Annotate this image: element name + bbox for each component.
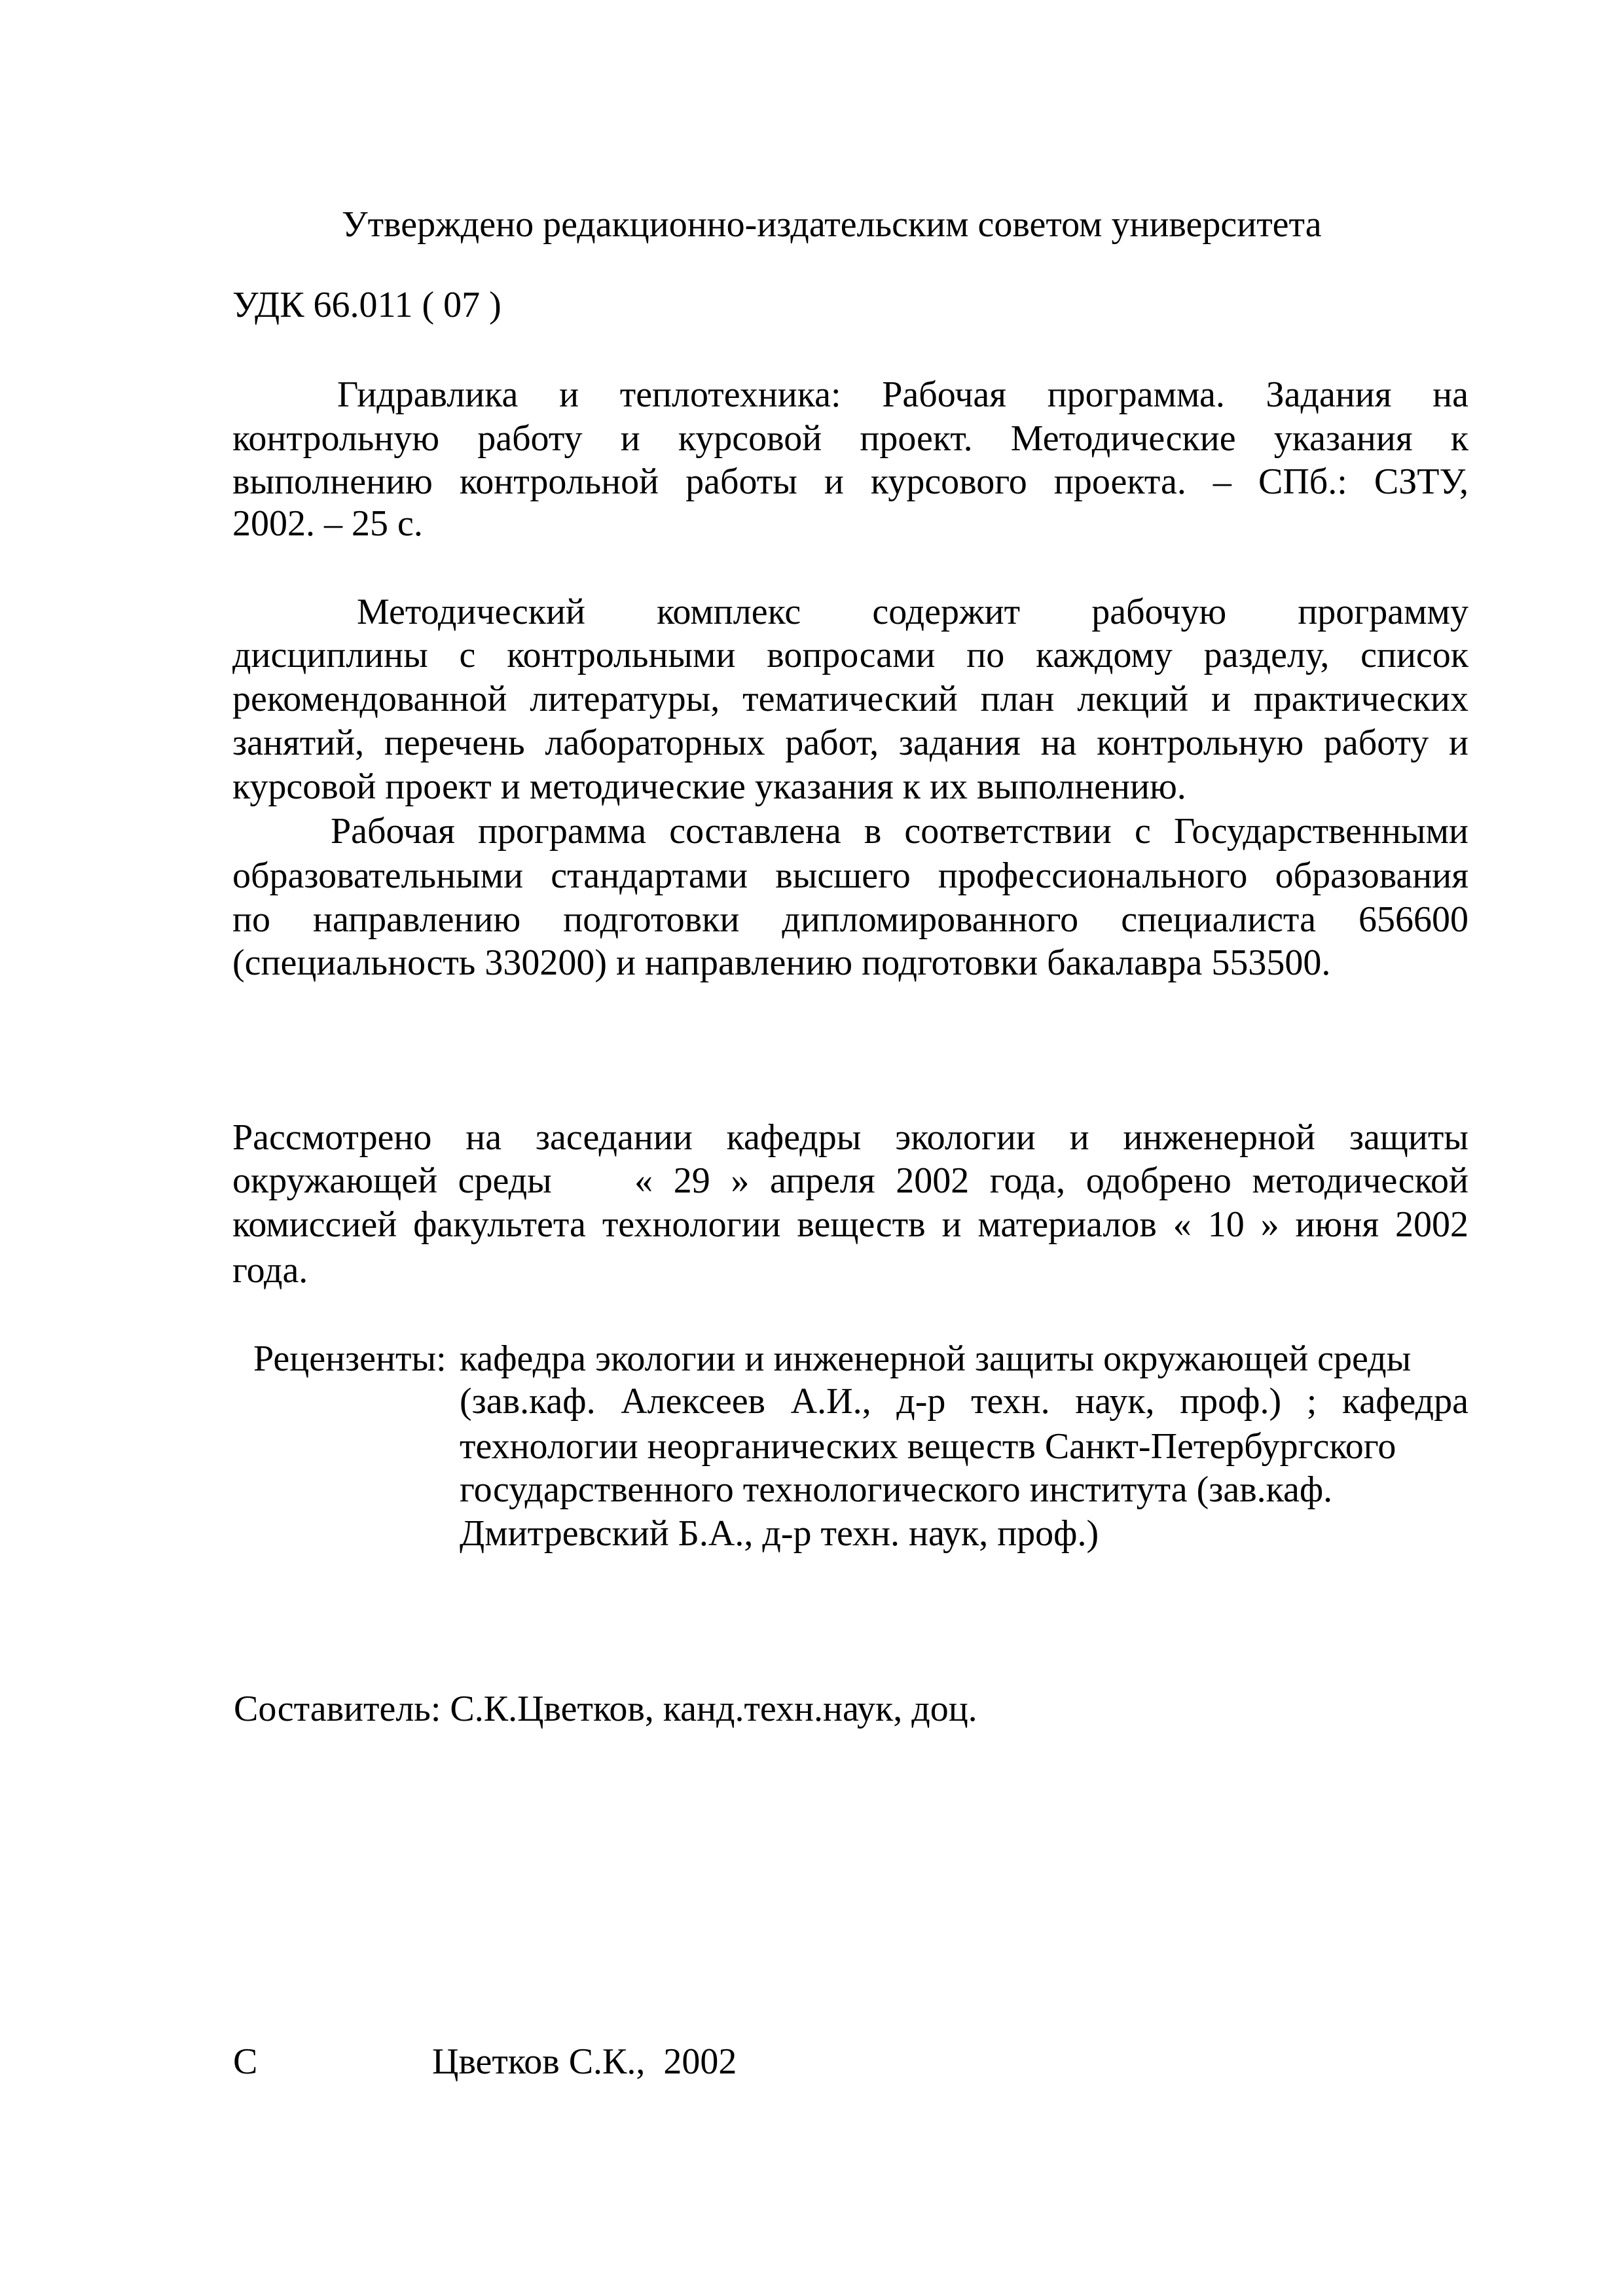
approval-line: Утверждено редакционно-издательским сове… [342, 206, 1322, 243]
abstract-line: Методический комплекс содержит рабочую п… [357, 594, 1468, 630]
compiler-line: Составитель: С.К.Цветков, канд.техн.наук… [234, 1691, 977, 1727]
approval-record-line: года. [232, 1252, 308, 1289]
abstract-line: (специальность 330200) и направлению под… [232, 944, 1330, 981]
abstract-line: дисциплины с контрольными вопросами по к… [232, 637, 1468, 673]
bibliographic-line: выполнению контрольной работы и курсовог… [232, 463, 1468, 500]
reviewers-line: государственного технологического инстит… [460, 1471, 1332, 1508]
abstract-line: рекомендованной литературы, тематический… [232, 681, 1468, 717]
reviewers-line: Дмитревский Б.А., д-р техн. наук, проф.) [460, 1515, 1099, 1552]
abstract-line: занятий, перечень лабораторных работ, за… [232, 725, 1468, 761]
abstract-line: по направлению подготовки дипломированно… [232, 901, 1468, 938]
reviewers-line: кафедра экологии и инженерной защиты окр… [460, 1340, 1411, 1377]
reviewers-line: технологии неорганических веществ Санкт-… [460, 1428, 1396, 1465]
abstract-line: курсовой проект и методические указания … [232, 768, 1186, 805]
approval-record-line: окружающей среды « 29 » апреля 2002 года… [232, 1162, 1468, 1199]
bibliographic-line: Гидравлика и теплотехника: Рабочая прогр… [337, 376, 1468, 413]
reviewers-label: Рецензенты: [253, 1340, 447, 1377]
approval-record-line: Рассмотрено на заседании кафедры экологи… [232, 1119, 1468, 1156]
approval-record-line: комиссией факультета технологии веществ … [232, 1206, 1468, 1243]
copyright-symbol: С [233, 2043, 257, 2080]
document-page: Утверждено редакционно-издательским сове… [0, 0, 1623, 2296]
udk-code: УДК 66.011 ( 07 ) [232, 287, 501, 323]
copyright-holder: Цветков С.К., 2002 [432, 2043, 737, 2080]
abstract-line: образовательными стандартами высшего про… [232, 857, 1468, 894]
bibliographic-line: контрольную работу и курсовой проект. Ме… [232, 420, 1468, 457]
reviewers-line: (зав.каф. Алексеев А.И., д-р техн. наук,… [460, 1383, 1468, 1420]
abstract-line: Рабочая программа составлена в соответст… [331, 813, 1468, 850]
bibliographic-line: 2002. – 25 с. [232, 505, 423, 542]
